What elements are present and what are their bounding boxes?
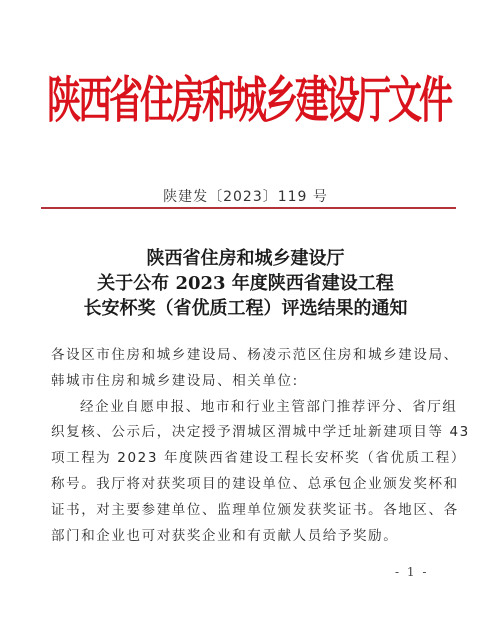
title-line-award: 长安杯奖（省优质工程）评选结果的通知	[0, 296, 491, 321]
paragraph-line-6: 部门和企业也可对获奖企业和有贡献人员给予奖励。	[51, 524, 431, 550]
title-line-subject: 关于公布 2023 年度陕西省建设工程	[0, 271, 491, 296]
notice-title: 陕西省住房和城乡建设厅 关于公布 2023 年度陕西省建设工程 长安杯奖（省优质…	[0, 246, 491, 321]
page-number: - 1 -	[395, 565, 428, 579]
notice-body: 各设区市住房和城乡建设局、杨凌示范区住房和城乡建设局、 韩城市住房和城乡建设局、…	[51, 343, 431, 549]
paragraph-line-5: 证书，对主要参建单位、监理单位颁发获奖证书。各地区、各	[51, 498, 431, 524]
recipients-line-1: 各设区市住房和城乡建设局、杨凌示范区住房和城乡建设局、	[51, 343, 431, 369]
paragraph-line-1: 经企业自愿申报、地市和行业主管部门推荐评分、省厅组	[51, 395, 431, 421]
paragraph-line-2: 织复核、公示后，决定授予渭城区渭城中学迁址新建项目等 43	[51, 420, 431, 446]
paragraph-line-4: 称号。我厅将对获奖项目的建设单位、总承包企业颁发奖杯和	[51, 472, 431, 498]
recipients-line-2: 韩城市住房和城乡建设局、相关单位:	[51, 369, 431, 395]
red-divider-line	[41, 207, 456, 209]
document-number: 陕建发〔2023〕119 号	[0, 186, 491, 206]
red-header-title: 陕西省住房和城乡建设厅文件	[47, 59, 433, 143]
paragraph-line-3: 项工程为 2023 年度陕西省建设工程长安杯奖（省优质工程）	[51, 446, 431, 472]
title-line-issuer: 陕西省住房和城乡建设厅	[0, 246, 491, 271]
document-page: 陕西省住房和城乡建设厅文件 陕建发〔2023〕119 号 陕西省住房和城乡建设厅…	[0, 0, 491, 620]
